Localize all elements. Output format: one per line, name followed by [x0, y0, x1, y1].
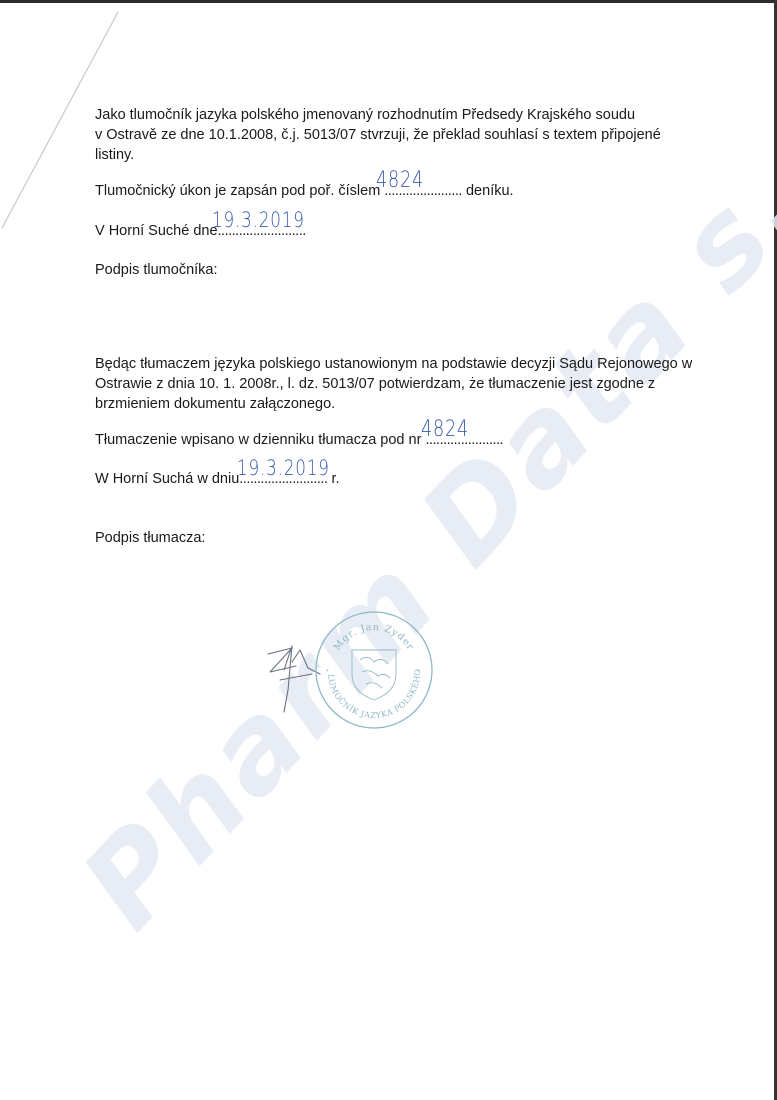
svg-text:*: *	[326, 669, 329, 676]
coat-of-arms-icon	[352, 650, 396, 700]
czech-signature-label: Podpis tlumočníka:	[95, 260, 218, 280]
czech-declaration-line: v Ostravě ze dne 10.1.2008, č.j. 5013/07…	[95, 125, 661, 145]
czech-declaration-line: Jako tlumočník jazyka polského jmenovaný…	[95, 105, 661, 125]
handwritten-date: 19.3.2019	[212, 208, 305, 232]
stamp-top-text: Mgr. Jan Zyder	[332, 622, 416, 653]
polish-declaration: Będąc tłumaczem języka polskiego ustanow…	[95, 354, 692, 414]
czech-record-line: Tlumočnický úkon je zapsán pod poř. čísl…	[95, 181, 514, 201]
svg-text:Mgr. Jan Zyder: Mgr. Jan Zyder	[332, 622, 416, 653]
polish-place-label: W Horní Suchá w dniu	[95, 471, 239, 487]
polish-record-label: Tłumaczenie wpisano w dzienniku tłumacza…	[95, 432, 425, 448]
czech-declaration-line: listiny.	[95, 145, 661, 165]
handwritten-record-number: 4824	[376, 168, 424, 193]
handwritten-record-number: 4824	[421, 417, 469, 442]
handwritten-date: 19.3.2019	[237, 456, 330, 480]
polish-signature-label: Podpis tłumacza:	[95, 528, 205, 548]
czech-declaration: Jako tlumočník jazyka polského jmenovaný…	[95, 105, 661, 165]
polish-declaration-line: Będąc tłumaczem języka polskiego ustanow…	[95, 354, 692, 374]
czech-record-suffix: deníku.	[462, 183, 514, 199]
polish-declaration-line: brzmieniem dokumentu załączonego.	[95, 394, 692, 414]
scan-top-edge	[0, 0, 777, 3]
polish-declaration-line: Ostrawie z dnia 10. 1. 2008r., l. dz. 50…	[95, 374, 692, 394]
czech-record-label: Tlumočnický úkon je zapsán pod poř. čísl…	[95, 183, 384, 199]
official-stamp: Mgr. Jan Zyder TLUMOČNÍK JAZYKA POLSKÉHO…	[312, 608, 436, 732]
svg-text:*: *	[417, 669, 420, 676]
czech-place-label: V Horní Suché dne	[95, 223, 218, 239]
